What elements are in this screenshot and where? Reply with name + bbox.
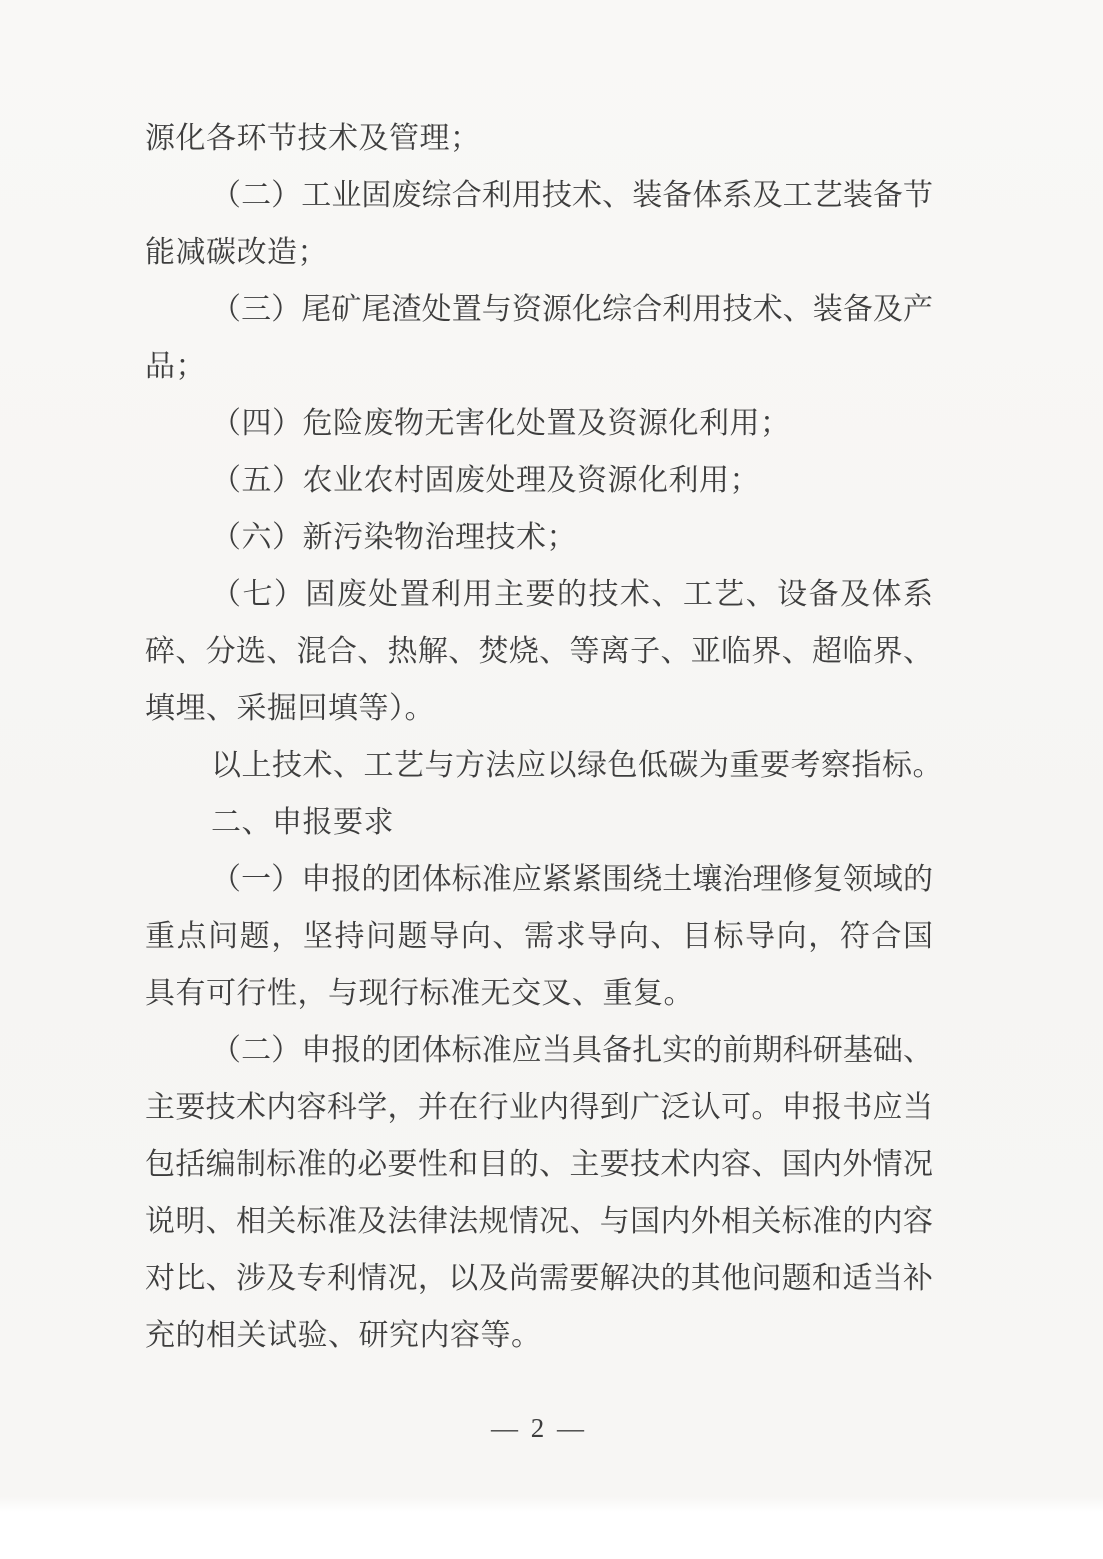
text-line: 品； (145, 338, 933, 395)
text-line: 充的相关试验、研究内容等。 (145, 1307, 933, 1364)
text-line: 包括编制标准的必要性和目的、主要技术内容、国内外情况 (145, 1136, 933, 1193)
page-number: — 2 — (145, 1400, 933, 1457)
text-line: （二）申报的团体标准应当具备扎实的前期科研基础、 (145, 1022, 933, 1079)
text-line: 能减碳改造； (145, 224, 933, 281)
text-line: 对比、涉及专利情况，以及尚需要解决的其他问题和适当补 (145, 1250, 933, 1307)
text-line: （三）尾矿尾渣处置与资源化综合利用技术、装备及产 (145, 281, 933, 338)
text-line: （二）工业固废综合利用技术、装备体系及工艺装备节 (145, 167, 933, 224)
text-line: 以上技术、工艺与方法应以绿色低碳为重要考察指标。 (145, 737, 933, 794)
text-line: （一）申报的团体标准应紧紧围绕土壤治理修复领域的 (145, 851, 933, 908)
text-line: 二、申报要求 (145, 794, 933, 851)
scan-edge-strip (0, 1513, 1103, 1559)
text-line: 说明、相关标准及法律法规情况、与国内外相关标准的内容 (145, 1193, 933, 1250)
text-line: （六）新污染物治理技术； (145, 509, 933, 566)
text-line: （四）危险废物无害化处置及资源化利用； (145, 395, 933, 452)
text-line: 具有可行性，与现行标准无交叉、重复。 (145, 965, 933, 1022)
text-line: （五）农业农村固废处理及资源化利用； (145, 452, 933, 509)
document-page: 源化各环节技术及管理； （二）工业固废综合利用技术、装备体系及工艺装备节 能减碳… (0, 0, 1103, 1559)
text-line: 碎、分选、混合、热解、焚烧、等离子、亚临界、超临界、 (145, 623, 933, 680)
text-line: 重点问题，坚持问题导向、需求导向、目标导向，符合国情， (145, 908, 933, 965)
text-line: 主要技术内容科学，并在行业内得到广泛认可。申报书应当 (145, 1079, 933, 1136)
document-body: 源化各环节技术及管理； （二）工业固废综合利用技术、装备体系及工艺装备节 能减碳… (145, 110, 933, 1364)
text-line: （七）固废处置利用主要的技术、工艺、设备及体系（破 (145, 566, 933, 623)
text-line: 源化各环节技术及管理； (145, 110, 933, 167)
text-line: 填埋、采掘回填等）。 (145, 680, 933, 737)
